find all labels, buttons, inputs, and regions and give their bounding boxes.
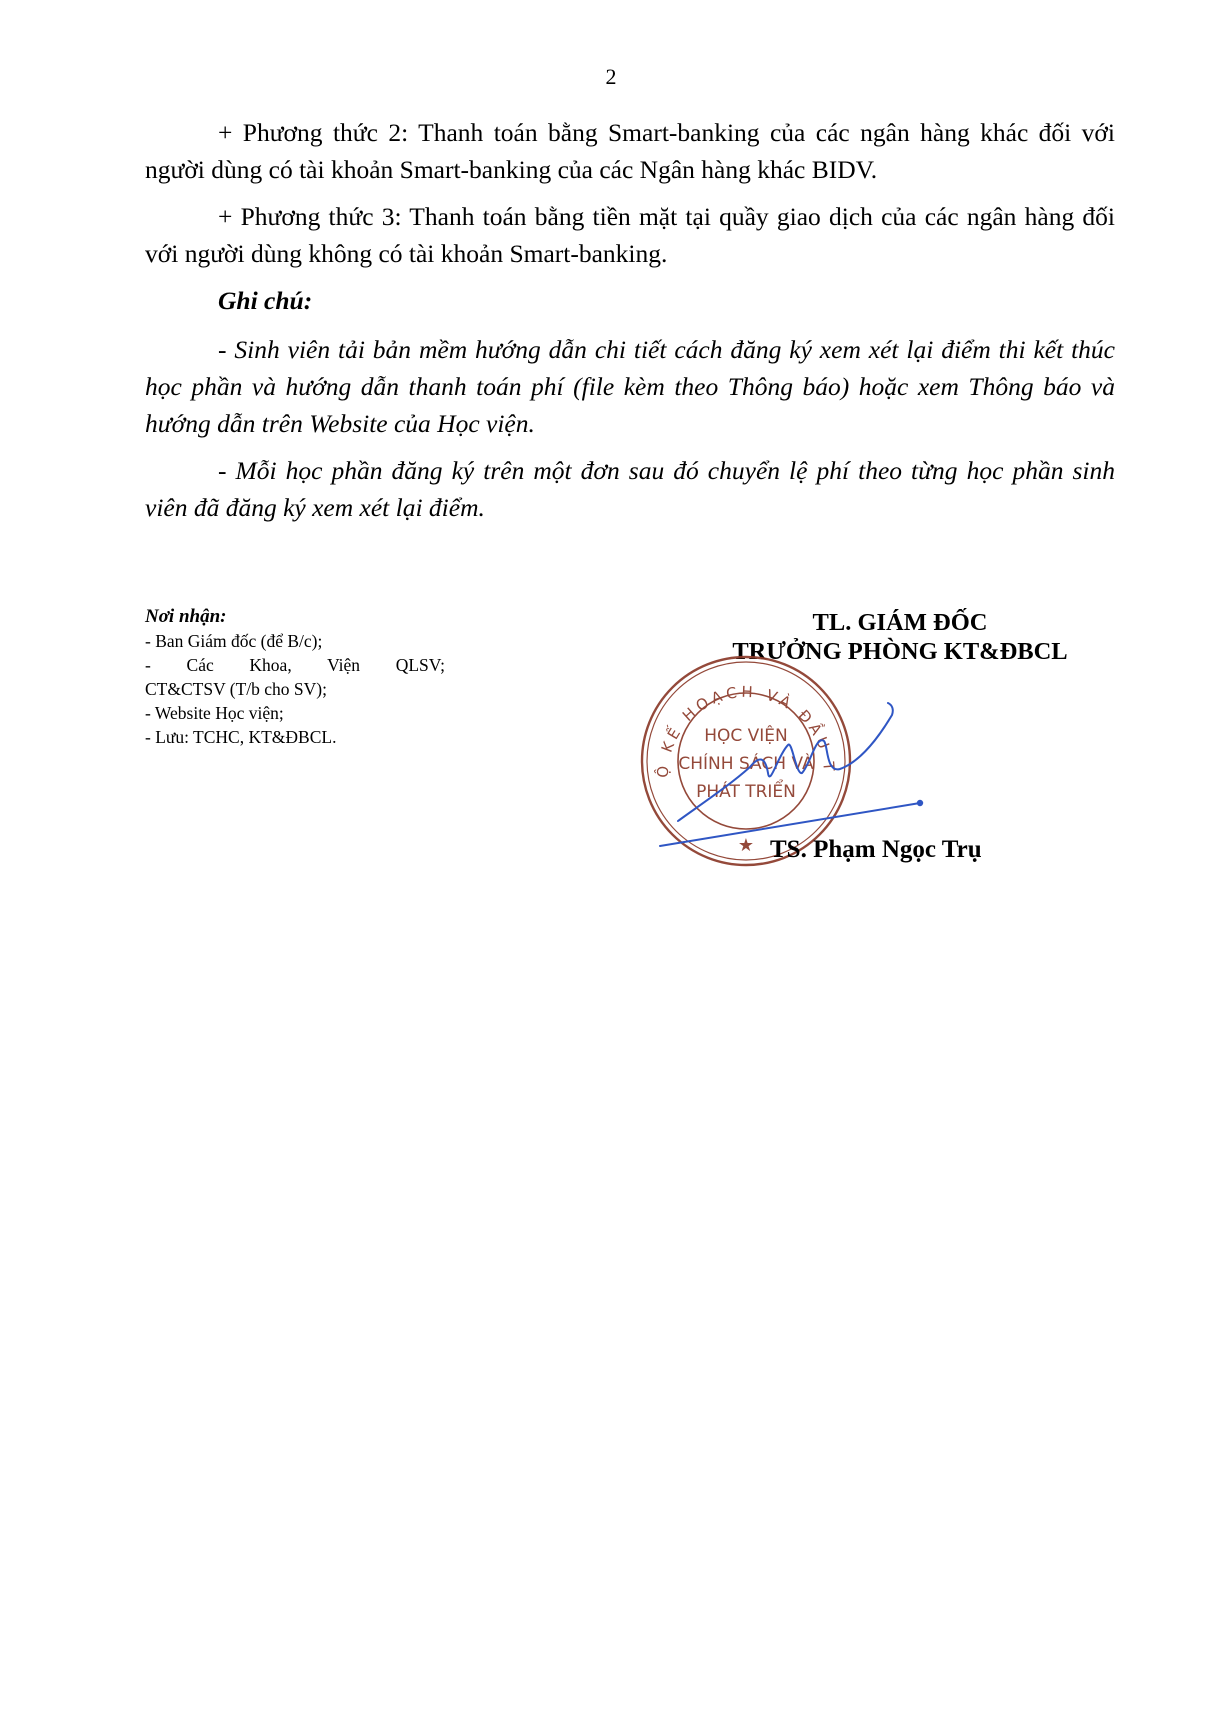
svg-text:CHÍNH SÁCH VÀ: CHÍNH SÁCH VÀ: [678, 752, 814, 774]
signature-block: TL. GIÁM ĐỐC TRƯỞNG PHÒNG KT&ĐBCL: [690, 608, 1110, 666]
handwritten-signature-icon: [660, 703, 922, 846]
note-item: - Mỗi học phần đăng ký trên một đơn sau …: [145, 452, 1115, 526]
recipient-item: - Ban Giám đốc (để B/c);: [145, 629, 445, 653]
svg-text:PHÁT TRIỂN: PHÁT TRIỂN: [696, 778, 796, 802]
recipient-item: - Website Học viện;: [145, 701, 445, 725]
note-heading: Ghi chú:: [145, 282, 1115, 319]
recipients-block: Nơi nhận: - Ban Giám đốc (để B/c); - Các…: [145, 605, 445, 749]
recipient-item: - Các Khoa, Viện QLSV;: [145, 653, 445, 677]
signer-authority: TL. GIÁM ĐỐC: [690, 608, 1110, 637]
stamp-seal-icon: BỘ KẾ HOẠCH VÀ ĐẦU TƯ HỌC VIỆN CHÍNH SÁC…: [630, 645, 850, 865]
page-number: 2: [0, 64, 1222, 90]
svg-text:HỌC VIỆN: HỌC VIỆN: [704, 724, 788, 746]
recipient-item: - Lưu: TCHC, KT&ĐBCL.: [145, 725, 445, 749]
document-body: + Phương thức 2: Thanh toán bằng Smart-b…: [145, 114, 1115, 526]
signer-name: TS. Phạm Ngọc Trụ: [770, 836, 982, 864]
note-item: - Sinh viên tải bản mềm hướng dẫn chi ti…: [145, 331, 1115, 442]
recipients-title: Nơi nhận:: [145, 605, 445, 629]
recipient-item: CT&CTSV (T/b cho SV);: [145, 677, 445, 701]
payment-method-3: + Phương thức 3: Thanh toán bằng tiền mặ…: [145, 198, 1115, 272]
svg-text:★: ★: [738, 835, 754, 856]
signer-title: TRƯỞNG PHÒNG KT&ĐBCL: [690, 637, 1110, 666]
payment-method-2: + Phương thức 2: Thanh toán bằng Smart-b…: [145, 114, 1115, 188]
